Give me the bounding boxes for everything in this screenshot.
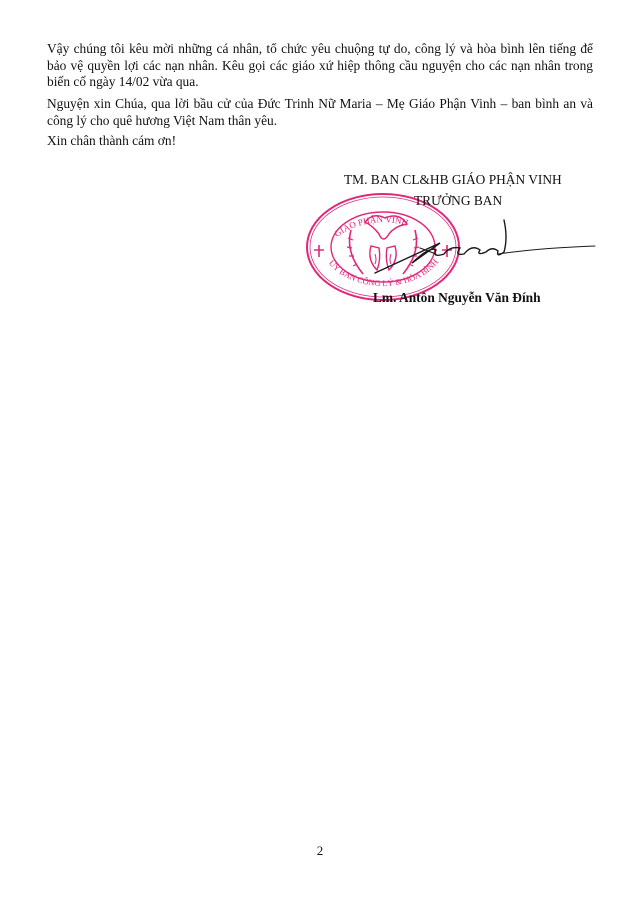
paragraph-thanks: Xin chân thành cám ơn!	[47, 133, 593, 150]
paragraph-prayer: Nguyện xin Chúa, qua lời bầu cử của Đức …	[47, 96, 593, 129]
paragraph-appeal: Vậy chúng tôi kêu mời những cá nhân, tổ …	[47, 41, 593, 91]
document-page: Vậy chúng tôi kêu mời những cá nhân, tổ …	[0, 0, 640, 900]
handwritten-signature-icon	[370, 218, 600, 278]
signature-role: TRƯỞNG BAN	[414, 193, 502, 209]
signature-organization: TM. BAN CL&HB GIÁO PHẬN VINH	[344, 172, 562, 188]
signatory-name: Lm. Antôn Nguyễn Văn Đính	[373, 290, 541, 306]
page-number: 2	[0, 843, 640, 859]
